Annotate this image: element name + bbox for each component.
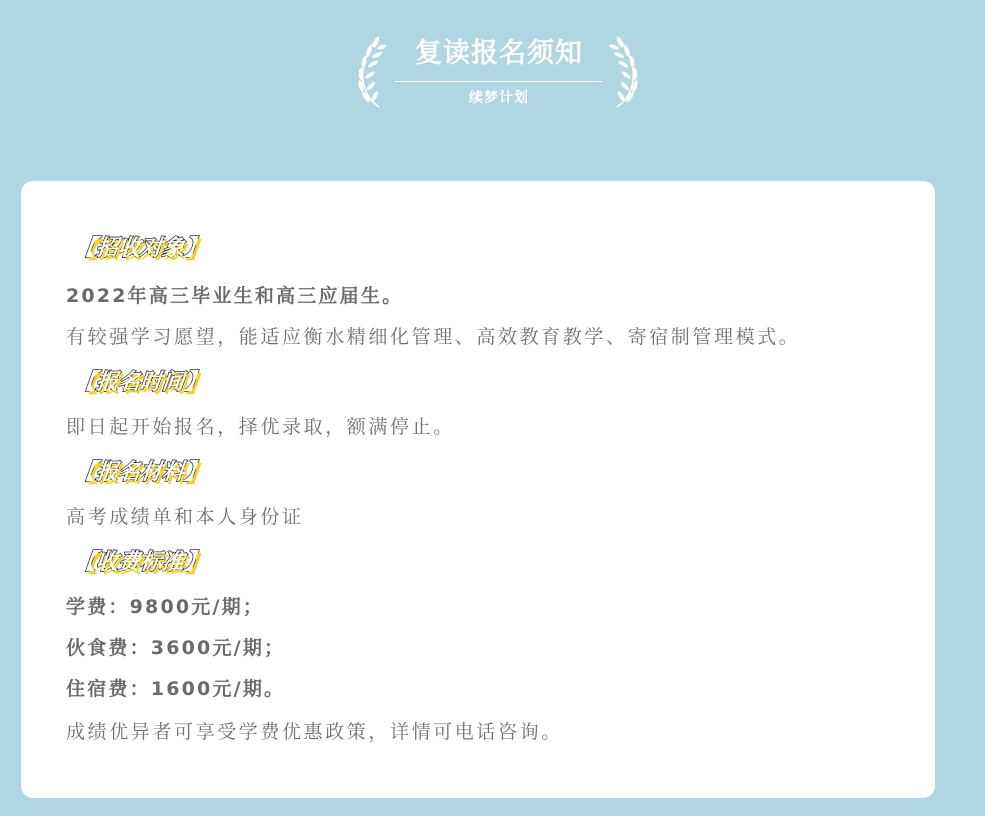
section-heading-enrollment-target: 【招收对象】 bbox=[72, 234, 207, 264]
enrollment-requirement-line: 有较强学习愿望，能适应衡水精细化管理、高效教育教学、寄宿制管理模式。 bbox=[66, 324, 800, 350]
laurel-left-icon bbox=[357, 33, 387, 109]
accommodation-fee-line: 住宿费：1600元/期。 bbox=[66, 676, 285, 702]
section-heading-registration-time: 【报名时间】 bbox=[72, 368, 207, 398]
info-card: 【招收对象】 2022年高三毕业生和高三应届生。 有较强学习愿望，能适应衡水精细… bbox=[21, 181, 935, 798]
page-title: 复读报名须知 bbox=[395, 34, 603, 74]
registration-time-line: 即日起开始报名，择优录取，额满停止。 bbox=[66, 414, 455, 440]
page-header: 复读报名须知 续梦计划 bbox=[0, 0, 985, 130]
registration-materials-line: 高考成绩单和本人身份证 bbox=[66, 504, 304, 530]
page-subtitle: 续梦计划 bbox=[395, 88, 603, 108]
meal-fee-line: 伙食费：3600元/期； bbox=[66, 635, 285, 661]
section-heading-fees: 【收费标准】 bbox=[72, 548, 207, 578]
scholarship-note-line: 成绩优异者可享受学费优惠政策，详情可电话咨询。 bbox=[66, 719, 563, 745]
tuition-fee-line: 学费：9800元/期； bbox=[66, 594, 264, 620]
laurel-right-icon bbox=[609, 33, 639, 109]
section-heading-registration-materials: 【报名材料】 bbox=[72, 458, 207, 488]
enrollment-target-line: 2022年高三毕业生和高三应届生。 bbox=[66, 283, 403, 309]
title-divider bbox=[395, 81, 602, 82]
